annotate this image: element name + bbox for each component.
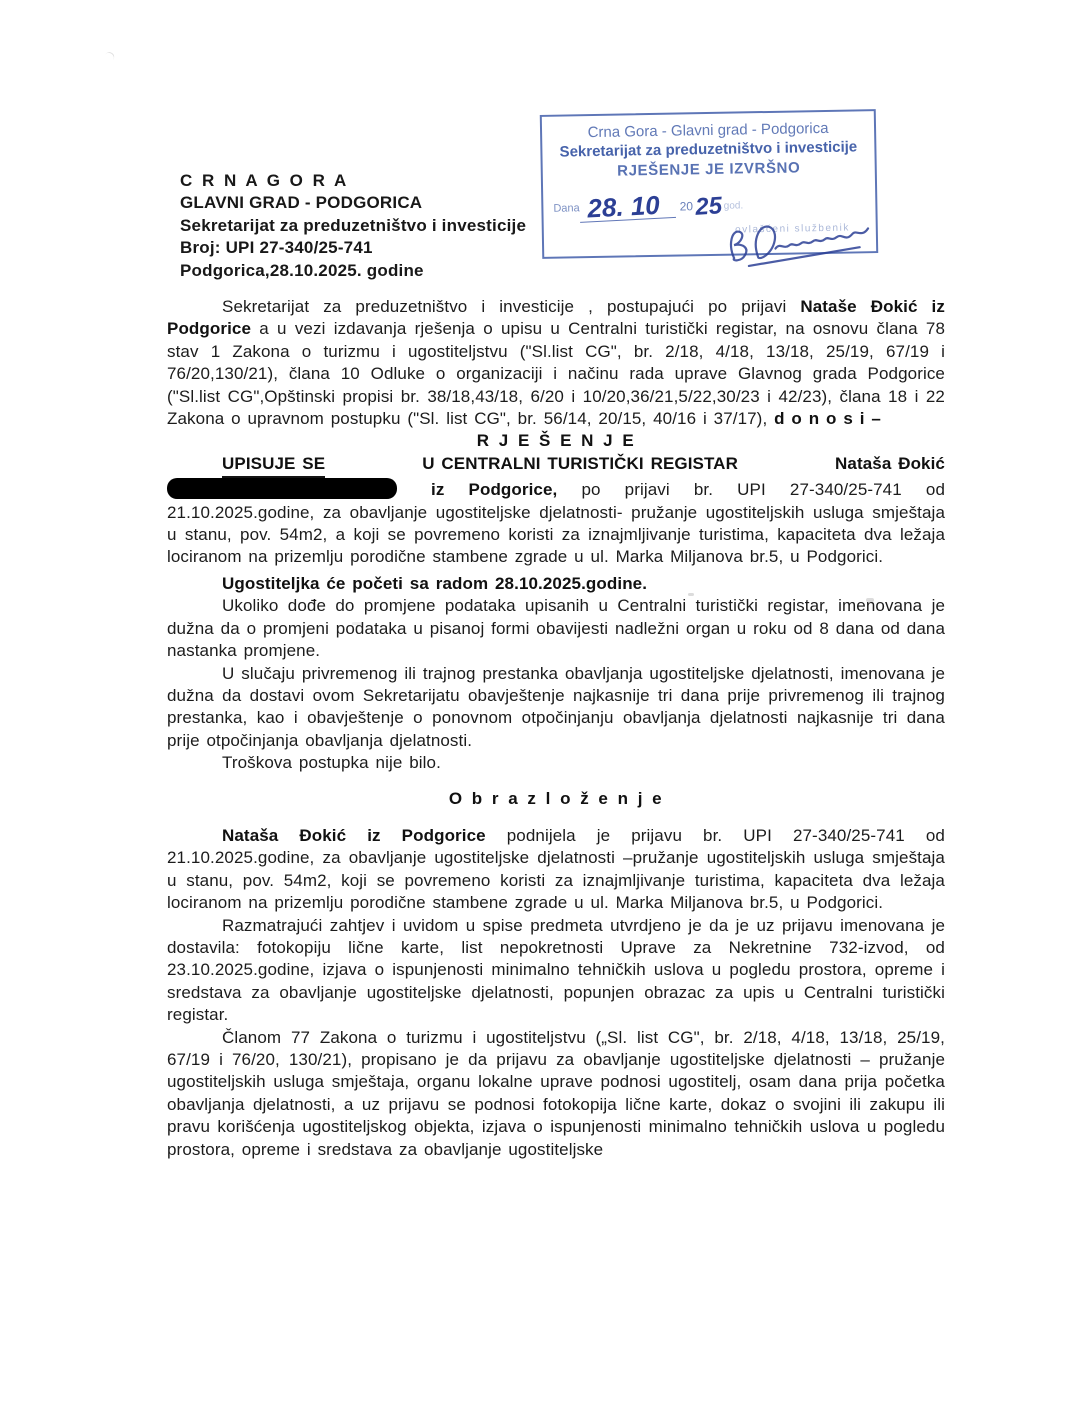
reasoning-paragraph-2: Razmatrajući zahtjev i uvidom u spise pr… bbox=[167, 915, 945, 1027]
dispositive-bold-city: iz Podgorice, bbox=[431, 480, 557, 499]
scan-artifact bbox=[102, 50, 117, 65]
letterhead: C R N A G O R A GLAVNI GRAD - PODGORICA … bbox=[180, 170, 526, 282]
change-obligation-paragraph: Ukoliko dođe do promjene podataka upisan… bbox=[167, 595, 945, 662]
stamp-god-label: god. bbox=[724, 196, 744, 218]
cease-obligation-paragraph: U slučaju privremenog ili trajnog presta… bbox=[167, 663, 945, 753]
donosi-word: d o n o s i – bbox=[774, 409, 881, 428]
dispositive-line-1: UPISUJE SE U CENTRALNI TURISTIČKI REGIST… bbox=[167, 453, 945, 478]
executable-stamp: Crna Gora - Glavni grad - Podgorica Sekr… bbox=[540, 109, 878, 259]
costs-line: Troškova postupka nije bilo. bbox=[167, 752, 945, 774]
dispositive-paragraph: iz Podgorice, po prijavi br. UPI 27-340/… bbox=[167, 478, 945, 569]
letterhead-country: C R N A G O R A bbox=[180, 170, 526, 192]
signature-scrawl bbox=[715, 205, 885, 279]
start-date-line: Ugostiteljka će početi sa radom 28.10.20… bbox=[167, 573, 945, 595]
letterhead-city: GLAVNI GRAD - PODGORICA bbox=[180, 192, 526, 214]
stamp-handwritten-year: 25 bbox=[694, 194, 722, 220]
scanned-document-page: C R N A G O R A GLAVNI GRAD - PODGORICA … bbox=[0, 0, 1088, 1408]
letterhead-date: Podgorica,28.10.2025. godine bbox=[180, 260, 526, 282]
reasoning-paragraph-1: Nataša Đokić iz Podgorice podnijela je p… bbox=[167, 825, 945, 915]
intro-text-1: Sekretarijat za preduzetništvo i investi… bbox=[222, 297, 800, 316]
reasoning-title: O b r a z l o ž e n j e bbox=[167, 788, 945, 810]
stamp-handwritten-date: 28. 10 bbox=[579, 191, 676, 223]
register-phrase: U CENTRALNI TURISTIČKI REGISTAR bbox=[422, 453, 738, 478]
decision-title: R J E Š E N J E bbox=[167, 430, 945, 452]
intro-paragraph: Sekretarijat za preduzetništvo i investi… bbox=[167, 296, 945, 430]
reasoning-applicant-name: Nataša Đokić iz Podgorice bbox=[222, 826, 486, 845]
letterhead-department: Sekretarijat za preduzetništvo i investi… bbox=[180, 215, 526, 237]
stamp-dana-label: Dana bbox=[553, 199, 580, 221]
reasoning-paragraph-3: Članom 77 Zakona o turizmu i ugostiteljs… bbox=[167, 1027, 945, 1161]
letterhead-case-number: Broj: UPI 27-340/25-741 bbox=[180, 237, 526, 259]
upisuje-se-underlined: UPISUJE SE bbox=[222, 453, 325, 478]
document-body: Sekretarijat za preduzetništvo i investi… bbox=[167, 296, 945, 1161]
stamp-year-prefix: 20 bbox=[676, 197, 696, 219]
registered-person-name: Nataša Đokić bbox=[835, 453, 945, 478]
redaction-box bbox=[167, 478, 397, 499]
